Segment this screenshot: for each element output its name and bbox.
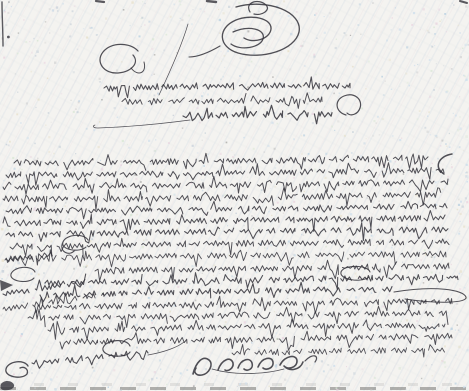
scan-noise-speck (399, 86, 400, 87)
scan-noise-speck (72, 10, 74, 12)
scan-noise-speck (258, 347, 259, 348)
scan-noise-speck (415, 329, 416, 330)
scan-noise-speck (308, 210, 309, 211)
scan-noise-speck (120, 164, 122, 166)
scan-noise-speck (51, 122, 52, 123)
scan-noise-speck (290, 33, 293, 36)
scan-noise-speck (231, 150, 232, 151)
scan-noise-speck (391, 247, 393, 249)
scan-noise-speck (345, 356, 346, 357)
scan-noise-speck (238, 299, 240, 301)
scan-noise-speck (231, 88, 233, 90)
handwritten-line (3, 211, 445, 232)
scan-noise-speck (44, 244, 46, 246)
scan-noise-speck (197, 107, 199, 109)
scan-noise-speck (275, 332, 277, 334)
scan-noise-speck (379, 239, 381, 241)
scan-noise-speck (227, 225, 228, 226)
scan-noise-speck (68, 218, 70, 220)
scan-noise-speck (228, 350, 229, 351)
scan-noise-speck (3, 180, 4, 181)
scan-noise-speck (457, 324, 459, 326)
scan-noise-speck (6, 266, 8, 268)
scan-noise-speck (459, 128, 461, 130)
scan-noise-speck (352, 66, 354, 68)
scan-noise-speck (459, 146, 461, 148)
scan-noise-speck (321, 360, 323, 362)
scan-noise-speck (74, 5, 76, 7)
scan-noise-speck (392, 245, 394, 247)
scan-noise-speck (219, 19, 221, 21)
scan-noise-speck (20, 168, 21, 169)
scan-noise-speck (32, 297, 34, 299)
scan-noise-speck (49, 200, 50, 201)
scan-noise-speck (70, 23, 72, 25)
scan-noise-speck (446, 145, 448, 147)
scan-noise-speck (253, 148, 255, 150)
scan-noise-speck (453, 152, 454, 153)
scan-noise-speck (399, 248, 400, 249)
paraph-left-hook (189, 46, 220, 57)
scan-noise-speck (143, 240, 144, 241)
scan-noise-speck (308, 153, 310, 155)
scan-noise-speck (152, 285, 154, 287)
scan-noise-speck (265, 82, 266, 83)
scan-noise-speck (154, 150, 156, 152)
scan-noise-speck (277, 202, 279, 204)
scan-noise-speck (448, 239, 449, 240)
scan-noise-speck (80, 112, 81, 113)
scan-noise-speck (417, 118, 419, 120)
scan-noise-speck (91, 27, 93, 29)
scan-noise-speck (465, 175, 468, 178)
scan-noise-speck (123, 9, 125, 11)
scan-noise-speck (300, 261, 302, 263)
scan-noise-speck (339, 343, 341, 345)
scan-noise-speck (287, 80, 288, 81)
scan-noise-speck (200, 183, 202, 185)
scan-noise-speck (99, 78, 101, 80)
scan-noise-speck (309, 92, 311, 94)
scan-noise-speck (35, 233, 37, 235)
scan-noise-speck (216, 375, 217, 376)
scan-noise-speck (261, 189, 263, 191)
scan-noise-speck (312, 263, 313, 264)
scan-noise-speck (42, 206, 43, 207)
scan-noise-speck (391, 29, 392, 30)
scan-noise-speck (54, 165, 55, 166)
scan-noise-speck (35, 107, 36, 108)
scan-noise-speck (377, 116, 379, 118)
scan-noise-speck (463, 226, 465, 228)
scan-noise-speck (147, 332, 148, 333)
scan-noise-speck (253, 37, 255, 39)
scan-noise-speck (199, 332, 201, 334)
scan-noise-speck (156, 377, 157, 378)
scan-noise-speck (24, 352, 26, 354)
bottom-left-ink-scribble (0, 381, 14, 390)
scan-noise-speck (96, 363, 98, 365)
scan-noise-speck (48, 136, 50, 138)
handwritten-line (6, 201, 447, 219)
scan-noise-speck (465, 5, 467, 7)
scan-noise-speck (441, 140, 443, 142)
scan-noise-speck (43, 272, 45, 274)
scan-noise-speck (0, 315, 2, 317)
scan-noise-speck (22, 317, 23, 318)
scan-noise-speck (350, 128, 352, 130)
scan-noise-speck (293, 177, 295, 179)
scan-noise-speck (436, 137, 437, 138)
scan-noise-speck (4, 194, 5, 195)
scan-noise-speck (46, 370, 47, 371)
scan-noise-speck (446, 336, 447, 337)
scan-noise-speck (266, 25, 267, 26)
scan-noise-speck (201, 179, 202, 180)
scan-noise-speck (180, 88, 181, 89)
scan-noise-speck (457, 129, 459, 131)
signature-stroke-1 (193, 358, 211, 375)
scan-noise-speck (270, 188, 271, 189)
scan-noise-speck (151, 378, 154, 381)
scan-noise-speck (98, 309, 100, 311)
scan-noise-speck (137, 214, 138, 215)
scan-noise-speck (83, 28, 84, 29)
scan-noise-speck (77, 111, 79, 113)
scan-noise-speck (128, 147, 130, 149)
scan-noise-speck (391, 89, 392, 90)
scan-noise-speck (247, 177, 248, 178)
scan-noise-speck (108, 387, 109, 388)
scan-noise-speck (407, 225, 408, 226)
handwritten-line (35, 296, 452, 313)
scan-noise-speck (399, 29, 401, 31)
scan-noise-speck (423, 8, 425, 10)
scan-noise-speck (325, 246, 327, 248)
scan-noise-speck (401, 138, 402, 139)
scan-noise-speck (289, 68, 291, 70)
scan-noise-speck (365, 88, 366, 89)
scan-noise-speck (267, 145, 269, 147)
scan-noise-speck (19, 296, 21, 298)
handwritten-line (3, 188, 441, 210)
scan-noise-speck (324, 16, 325, 17)
scan-noise-speck (445, 91, 447, 93)
scan-noise-speck (34, 143, 36, 145)
scan-noise-speck (395, 7, 396, 8)
scan-noise-speck (349, 368, 351, 370)
scan-noise-speck (78, 100, 80, 102)
scan-noise-speck (324, 32, 326, 34)
scan-noise-speck (15, 73, 16, 74)
scan-noise-speck (14, 328, 15, 329)
scan-noise-speck (23, 301, 25, 303)
scan-noise-speck (245, 382, 247, 384)
scan-noise-speck (157, 93, 159, 95)
scan-noise-speck (197, 152, 199, 154)
scan-noise-speck (361, 108, 363, 110)
paraph-top-loop (249, 1, 268, 14)
scan-noise-speck (348, 225, 350, 227)
scan-noise-speck (251, 215, 253, 217)
scan-noise-speck (59, 146, 61, 148)
scan-noise-speck (455, 383, 457, 385)
scan-noise-speck (451, 166, 453, 168)
scan-noise-speck (318, 161, 320, 163)
scan-noise-speck (213, 265, 215, 267)
scan-noise-speck (272, 76, 274, 78)
scan-noise-speck (17, 92, 18, 93)
scan-noise-speck (463, 386, 465, 388)
scan-noise-speck (464, 374, 465, 375)
scan-noise-speck (372, 2, 374, 4)
scan-noise-speck (30, 273, 32, 275)
scan-noise-speck (399, 367, 402, 370)
scan-noise-speck (432, 375, 433, 376)
scan-noise-speck (357, 24, 359, 26)
scan-noise-speck (239, 75, 241, 77)
scan-noise-speck (214, 188, 215, 189)
opening-end-flourish (337, 95, 361, 115)
scan-noise-speck (329, 298, 330, 299)
scan-noise-speck (432, 171, 433, 172)
scan-noise-speck (466, 172, 468, 174)
scan-noise-speck (290, 285, 292, 287)
scan-noise-speck (369, 248, 371, 250)
scan-noise-speck (101, 383, 102, 384)
scan-noise-speck (437, 158, 439, 160)
scan-noise-speck (173, 4, 175, 6)
scan-noise-speck (435, 135, 437, 137)
scan-noise-speck (344, 135, 346, 137)
scan-noise-speck (448, 339, 450, 341)
scan-noise-speck (34, 387, 36, 389)
scan-noise-speck (346, 366, 347, 367)
scan-noise-speck (6, 144, 7, 145)
scan-noise-speck (431, 191, 432, 192)
scan-noise-speck (274, 186, 276, 188)
scan-noise-speck (57, 10, 59, 12)
scan-noise-speck (228, 6, 230, 8)
scan-noise-speck (45, 125, 46, 126)
scan-noise-speck (309, 365, 310, 366)
scan-noise-speck (406, 319, 408, 321)
scan-noise-speck (335, 47, 337, 49)
scan-noise-speck (120, 81, 121, 82)
scan-noise-speck (199, 122, 200, 123)
scan-noise-speck (464, 44, 466, 46)
scan-noise-speck (274, 311, 275, 312)
scan-noise-speck (407, 345, 408, 346)
scan-noise-speck (303, 41, 304, 42)
scan-noise-speck (421, 378, 422, 379)
scan-noise-speck (166, 34, 168, 36)
scan-noise-speck (199, 251, 200, 252)
scan-noise-speck (306, 367, 308, 369)
scan-noise-speck (268, 386, 270, 388)
scan-noise-speck (406, 46, 408, 48)
scan-noise-speck (205, 381, 206, 382)
scan-noise-speck (426, 177, 428, 179)
scan-noise-speck (453, 113, 454, 114)
scan-noise-speck (383, 306, 385, 308)
scan-noise-speck (328, 65, 330, 67)
scan-noise-speck (370, 178, 372, 180)
scan-noise-speck (465, 79, 467, 81)
scan-noise-speck (443, 158, 445, 160)
handwritten-line (122, 93, 322, 109)
scan-noise-speck (350, 35, 351, 36)
scan-noise-speck (91, 238, 93, 240)
scan-noise-speck (174, 194, 176, 196)
scan-noise-speck (464, 75, 466, 77)
scan-noise-speck (220, 153, 222, 155)
handwritten-line (14, 153, 428, 170)
scan-noise-speck (437, 181, 438, 182)
manuscript-scan (0, 0, 469, 391)
scan-noise-speck (17, 53, 19, 55)
scan-noise-speck (148, 297, 150, 299)
scan-noise-speck (89, 285, 91, 287)
scan-noise-speck (247, 30, 249, 32)
scan-noise-speck (4, 332, 6, 334)
scan-noise-speck (27, 137, 29, 139)
scan-noise-speck (25, 41, 27, 43)
scan-noise-speck (239, 23, 241, 25)
scan-noise-speck (150, 163, 152, 165)
scan-noise-speck (275, 365, 277, 367)
scan-noise-speck (363, 142, 365, 144)
scan-noise-speck (47, 78, 48, 79)
scan-noise-speck (9, 141, 11, 143)
scan-noise-speck (45, 21, 47, 23)
scan-noise-speck (205, 368, 207, 370)
scan-noise-speck (93, 173, 94, 174)
scan-noise-speck (219, 238, 221, 240)
scan-noise-speck (222, 195, 224, 197)
scan-noise-speck (120, 261, 121, 262)
scan-noise-speck (452, 3, 454, 5)
scan-noise-speck (466, 164, 468, 166)
scan-noise-speck (6, 300, 7, 301)
scan-noise-speck (73, 111, 75, 113)
scan-noise-speck (140, 181, 142, 183)
scan-noise-speck (382, 118, 384, 120)
scan-noise-speck (327, 364, 329, 366)
scan-noise-speck (439, 21, 440, 22)
scan-noise-speck (303, 134, 305, 136)
closing-lines (232, 345, 445, 358)
scan-noise-speck (107, 38, 108, 39)
scan-noise-speck (263, 44, 264, 45)
scan-noise-speck (285, 116, 287, 118)
scan-noise-speck (389, 160, 391, 162)
scan-noise-speck (267, 103, 268, 104)
scan-noise-speck (369, 384, 370, 385)
scan-noise-speck (451, 264, 452, 265)
scan-noise-speck (451, 68, 453, 70)
scan-noise-speck (385, 81, 386, 82)
scan-noise-speck (92, 9, 93, 10)
scan-noise-speck (43, 220, 44, 221)
scan-noise-speck (248, 64, 250, 66)
scan-noise-speck (12, 190, 13, 191)
scan-noise-speck (356, 103, 357, 104)
scan-noise-speck (313, 56, 315, 58)
scan-noise-speck (319, 159, 320, 160)
scan-noise-speck (428, 32, 430, 34)
scan-noise-speck (131, 1, 133, 3)
scan-noise-speck (360, 155, 362, 157)
scan-noise-speck (398, 382, 399, 383)
scan-noise-speck (151, 48, 153, 50)
scan-noise-speck (293, 138, 295, 140)
scan-noise-speck (381, 365, 382, 366)
scan-noise-speck (56, 214, 58, 216)
scan-noise-speck (6, 24, 8, 26)
scan-noise-speck (173, 115, 174, 116)
scan-noise-speck (144, 24, 146, 26)
scan-noise-speck (234, 28, 236, 30)
scan-noise-speck (434, 45, 435, 46)
scan-noise-speck (407, 82, 409, 84)
scan-noise-speck (440, 314, 441, 315)
scan-noise-speck (203, 92, 204, 93)
scan-noise-speck (99, 81, 101, 83)
top-edge-dash-1 (96, 1, 104, 2)
scan-noise-speck (463, 150, 464, 151)
scan-noise-speck (431, 70, 433, 72)
scan-noise-speck (119, 287, 121, 289)
noise-layer (0, 0, 469, 391)
scan-noise-speck (467, 349, 469, 351)
scan-noise-speck (37, 158, 39, 160)
scan-noise-speck (264, 108, 266, 110)
scan-noise-speck (444, 13, 446, 15)
scan-noise-speck (155, 283, 157, 285)
scan-noise-speck (75, 153, 76, 154)
scan-noise-speck (142, 246, 144, 248)
scan-noise-speck (431, 256, 433, 258)
scan-noise-speck (50, 343, 51, 344)
scan-noise-speck (82, 188, 84, 190)
scan-noise-speck (23, 19, 25, 21)
scan-noise-speck (35, 269, 37, 271)
scan-noise-speck (277, 123, 279, 125)
scan-noise-speck (331, 126, 333, 128)
scan-noise-speck (414, 65, 415, 66)
scan-noise-speck (354, 273, 356, 275)
scan-noise-speck (99, 121, 101, 123)
scan-noise-speck (386, 40, 388, 42)
scan-noise-speck (21, 169, 22, 170)
scan-noise-speck (324, 106, 325, 107)
scan-noise-speck (193, 385, 195, 387)
scan-noise-speck (141, 18, 142, 19)
scan-noise-speck (314, 363, 316, 365)
scan-noise-speck (157, 295, 158, 296)
scan-noise-speck (446, 31, 447, 32)
scan-noise-speck (154, 74, 155, 75)
scan-noise-speck (20, 122, 21, 123)
signature-stroke-4 (280, 356, 303, 369)
scan-noise-speck (346, 298, 348, 300)
scan-noise-speck (248, 232, 250, 234)
scan-noise-speck (283, 0, 285, 2)
scan-noise-speck (447, 312, 449, 314)
scan-noise-speck (66, 314, 67, 315)
scan-noise-speck (13, 374, 15, 376)
